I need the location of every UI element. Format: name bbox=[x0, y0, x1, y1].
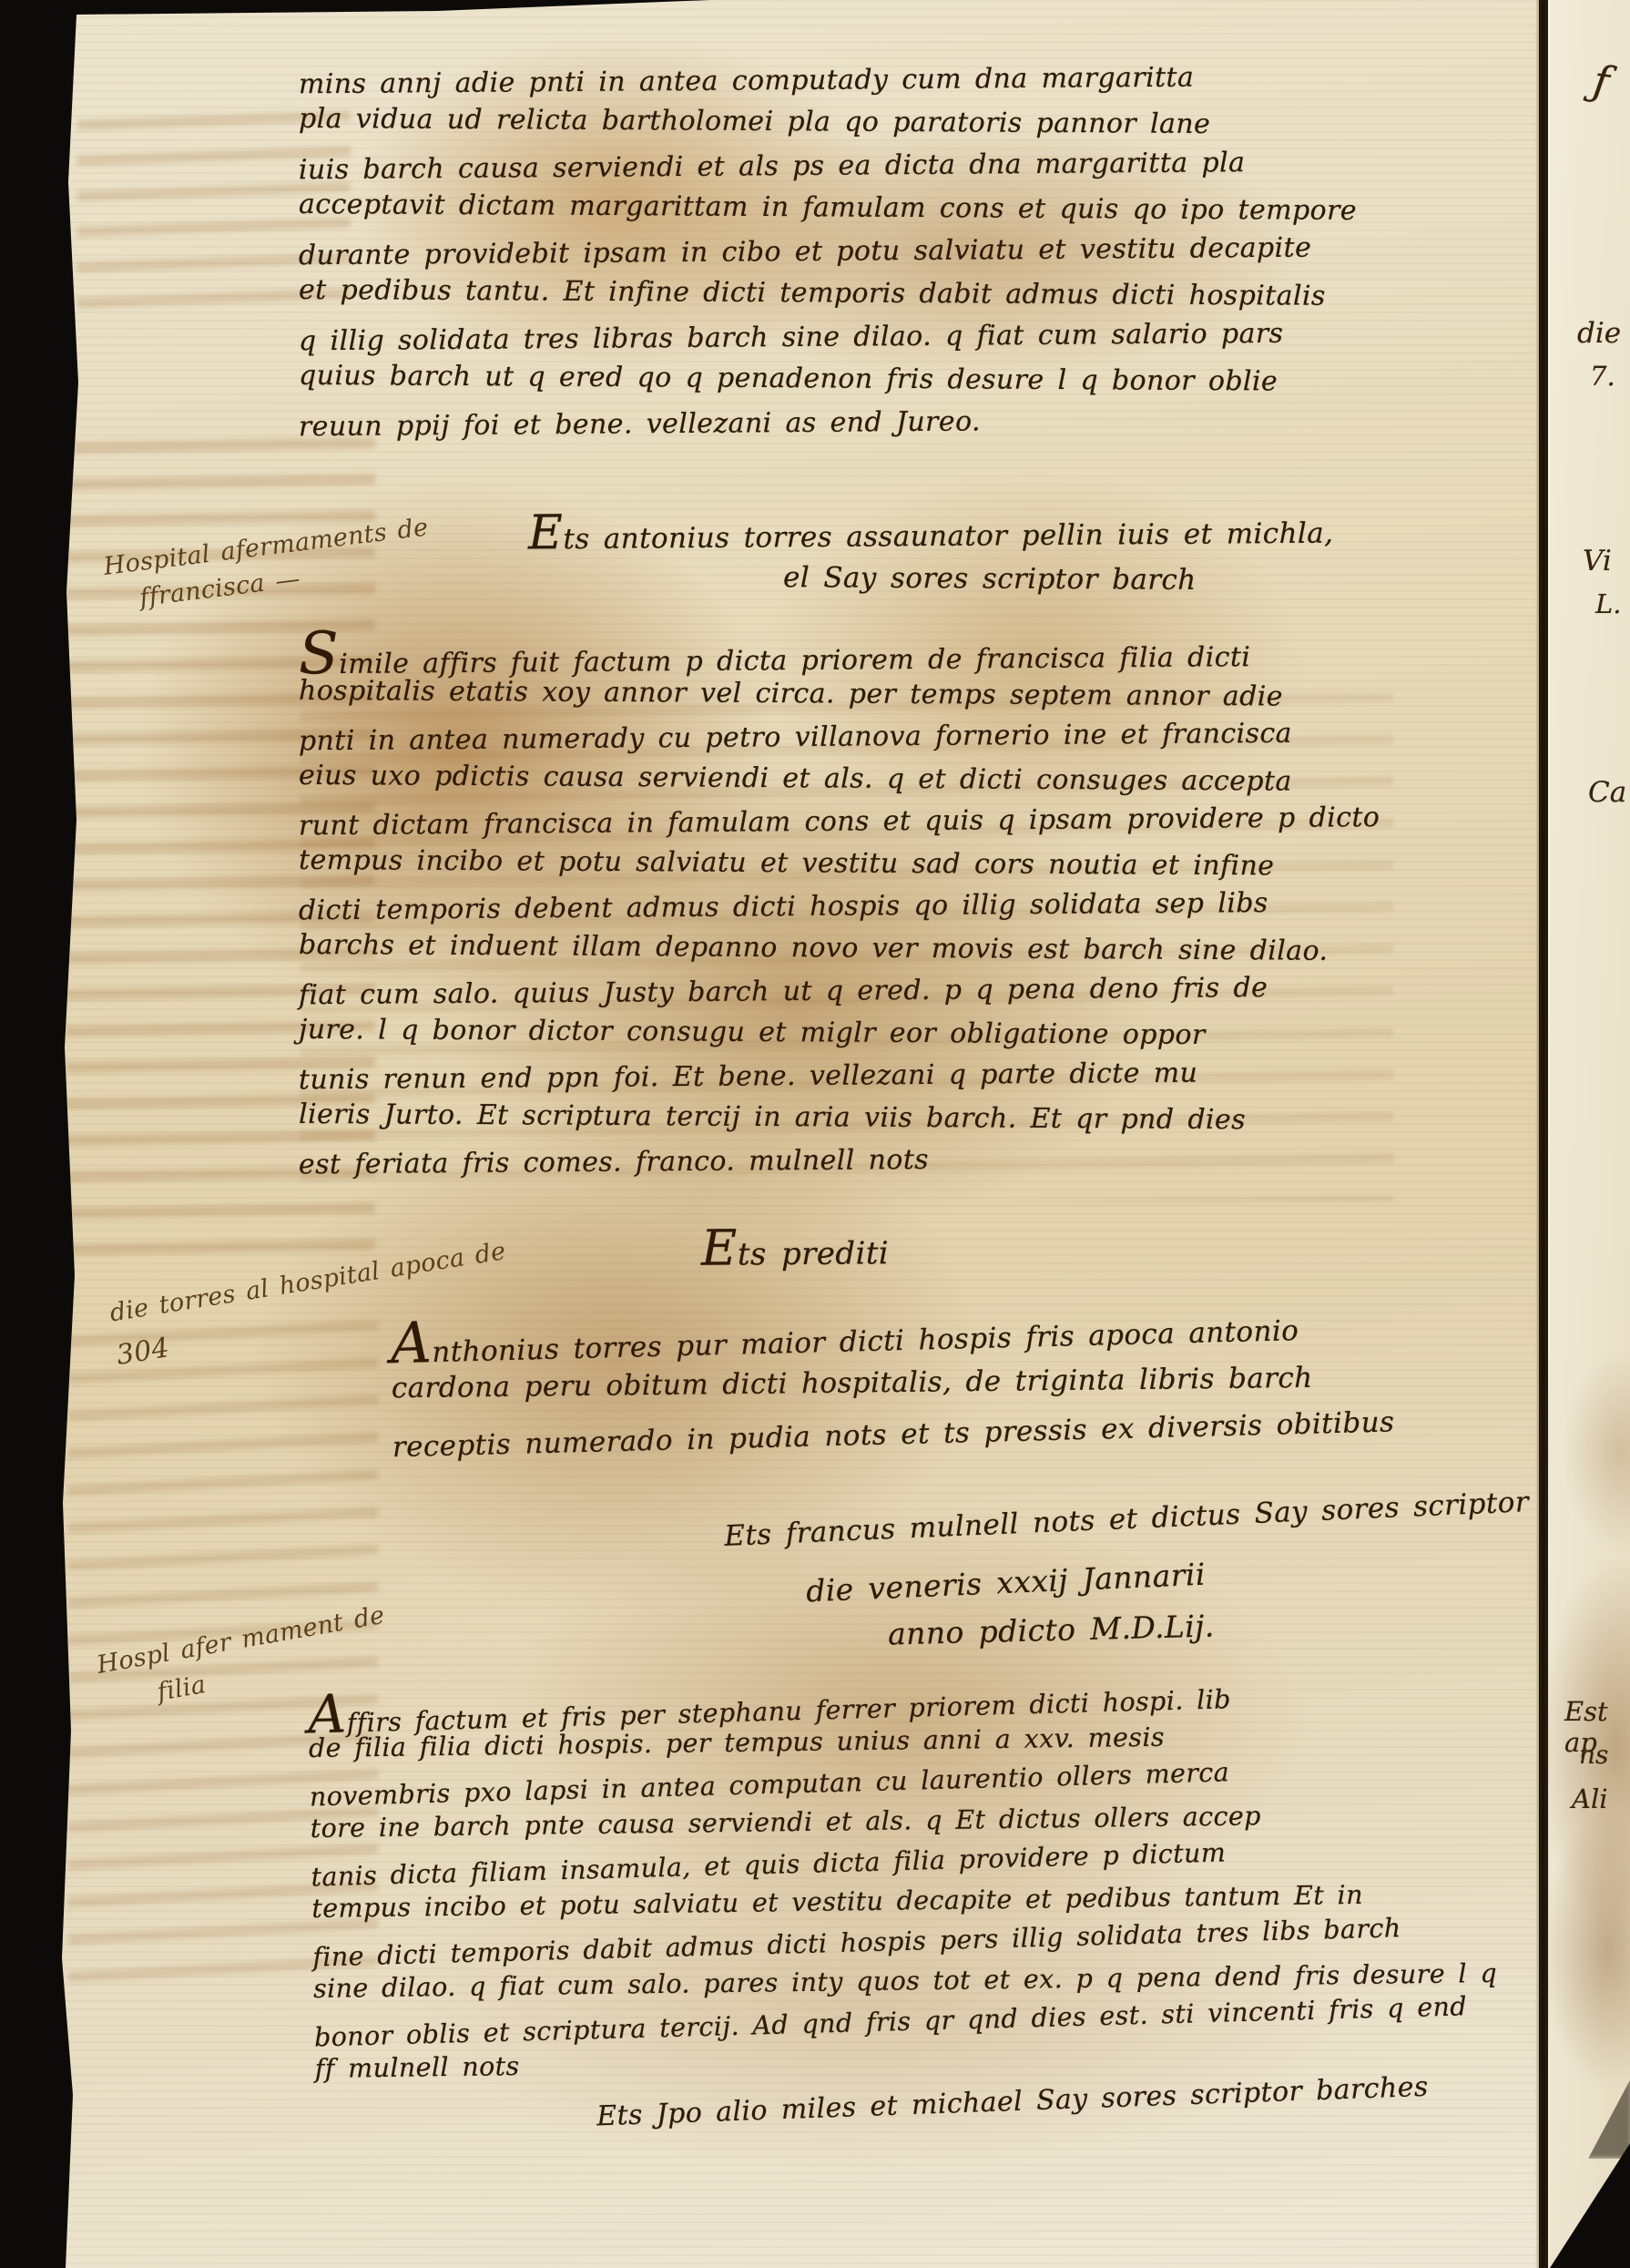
text-line: Ets francus mulnell nots et dictus Say s… bbox=[724, 1486, 1530, 1553]
paragraph-affirmament-filia: Affirs factum et fris per stephanu ferre… bbox=[308, 1673, 1563, 2098]
witness-clause-1: Ets antonius torres assaunator pellin iu… bbox=[528, 503, 1333, 596]
shadow-wedge bbox=[1577, 2077, 1630, 2159]
text-line: est feriata fris comes. franco. mulnell … bbox=[299, 1139, 1537, 1191]
photograph-background: mins annj adie pnti in antea computady c… bbox=[0, 0, 1630, 2268]
date-line-year: anno pdicto M.D.Lij. bbox=[888, 1609, 1215, 1650]
manuscript-page: mins annj adie pnti in antea computady c… bbox=[55, 0, 1539, 2268]
paragraph-simile: Simile affirs fuit factum p dicta priore… bbox=[299, 636, 1537, 1187]
paragraph-opening: mins annj adie pnti in antea computady c… bbox=[299, 64, 1528, 449]
text-line: reuun ppij foi et bene. vellezani as end… bbox=[299, 402, 1528, 455]
witness-clause-2: Ets francus mulnell nots et dictus Say s… bbox=[724, 1489, 1530, 1550]
facing-text-fragment: ns bbox=[1579, 1740, 1608, 1770]
paragraph-anthonius: Anthonius torres pur maior dicti hospis … bbox=[391, 1304, 1559, 1477]
margin-note-hospital-francisca: Hospital afermaments de ffrancisca — bbox=[102, 513, 434, 616]
facing-text-fragment: Vi bbox=[1583, 545, 1612, 577]
facing-text-fragment: Ali bbox=[1572, 1783, 1608, 1814]
text-line: el Say sores scriptor barch bbox=[783, 561, 1333, 598]
facing-text-fragment: die bbox=[1577, 317, 1621, 350]
shadow-wedge bbox=[1550, 2140, 1630, 2268]
date-line-day: die veneris xxxij Jannarii bbox=[805, 1558, 1206, 1607]
facing-text-fragment: L. bbox=[1595, 588, 1621, 619]
text-line: Ets antonius torres assaunator pellin iu… bbox=[528, 500, 1334, 561]
witness-clause-predicti: Ets prediti bbox=[701, 1219, 889, 1276]
folio-mark: ƒ bbox=[1590, 56, 1612, 107]
facing-page-edge: ƒ die 7. Vi L. Ca Est ap ns Ali bbox=[1548, 0, 1630, 2268]
text-line: anno pdicto M.D.Lij. bbox=[888, 1608, 1216, 1651]
text-line: Ets prediti bbox=[701, 1218, 890, 1277]
facing-text-fragment: 7. bbox=[1590, 361, 1615, 392]
facing-text-fragment: Ca bbox=[1588, 776, 1626, 809]
text-line: die veneris xxxij Jannarii bbox=[805, 1557, 1206, 1609]
